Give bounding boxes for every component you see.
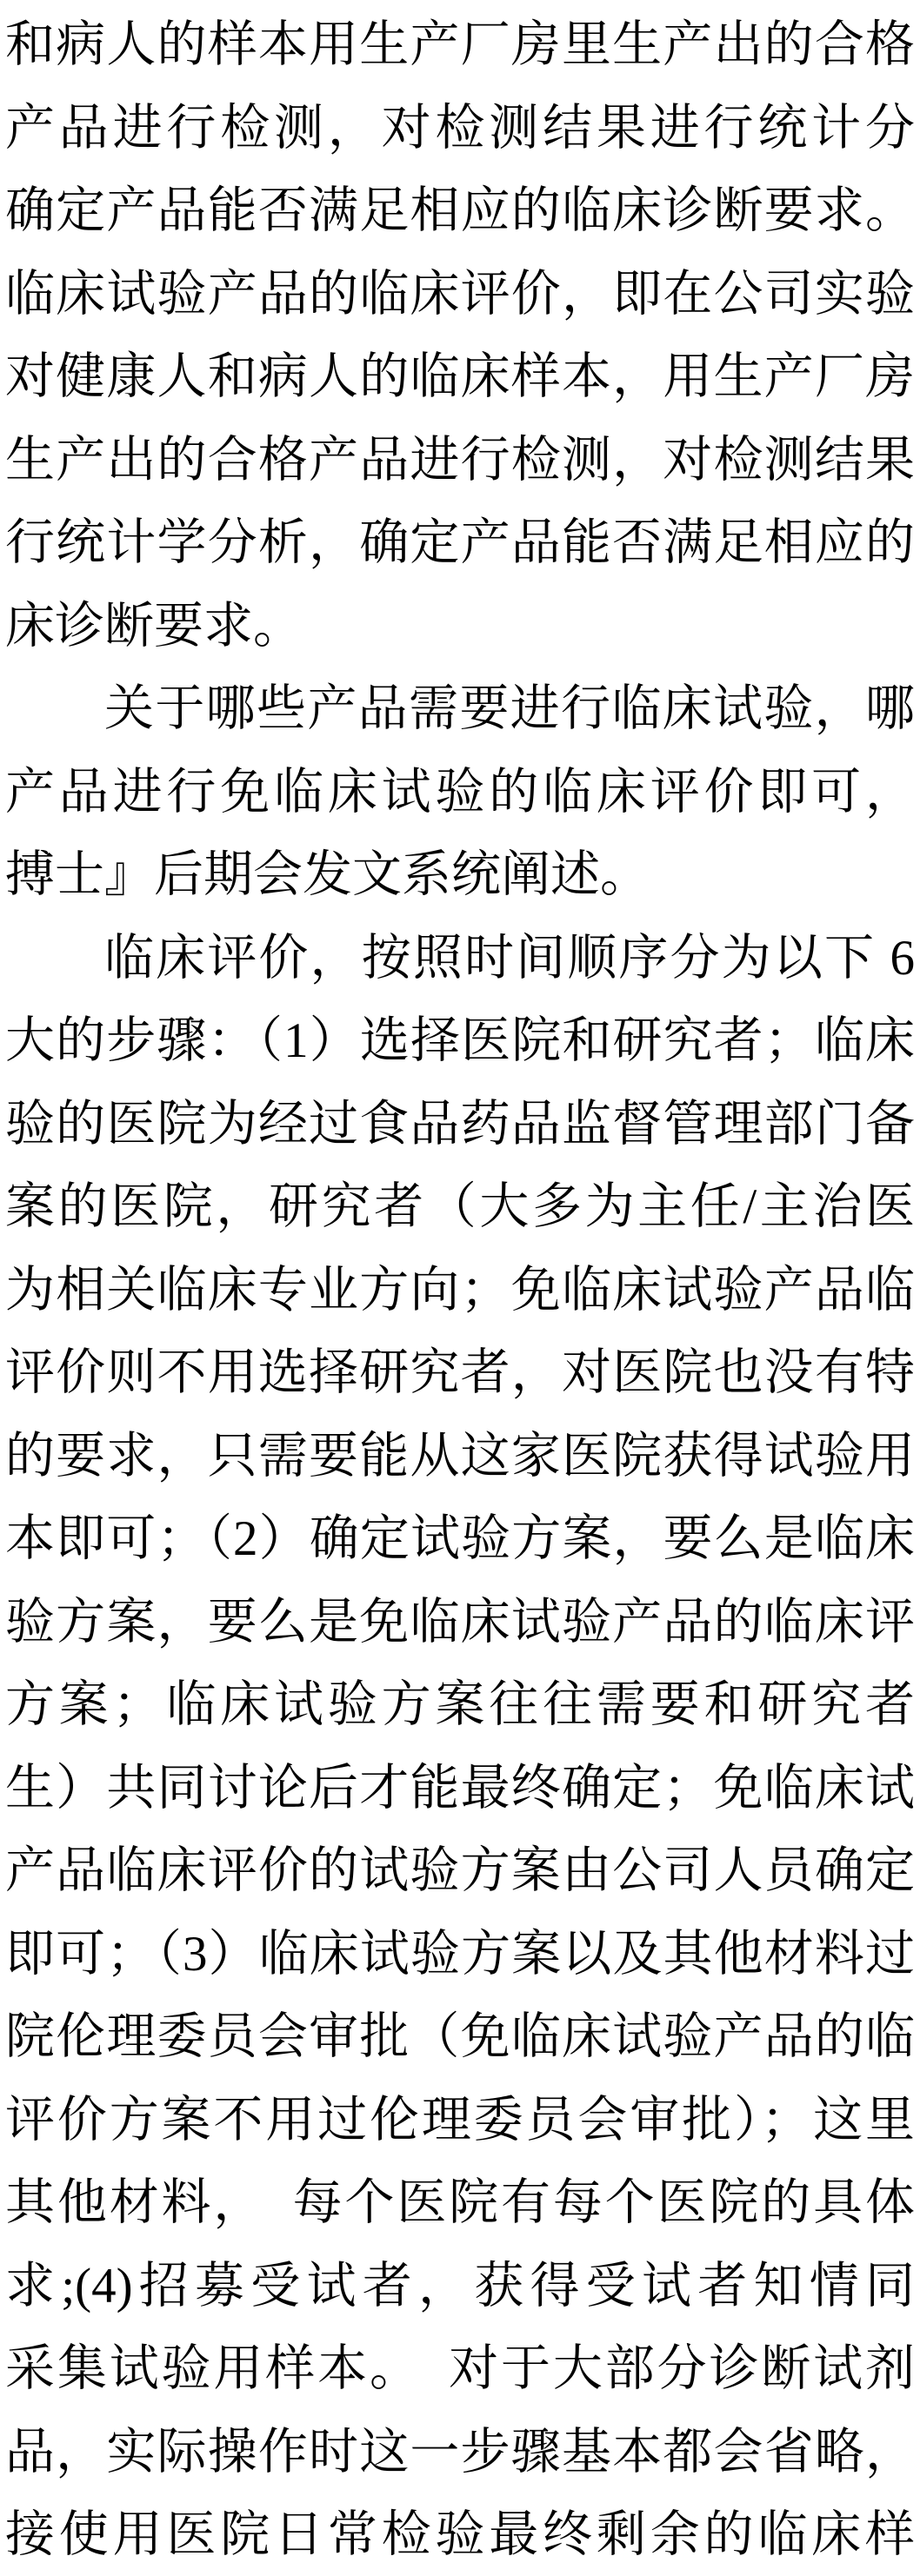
text-line: 行统计学分析，确定产品能否满足相应的临 bbox=[5, 501, 915, 585]
text-line: 评价则不用选择研究者，对医院也没有特别 bbox=[5, 1331, 915, 1415]
text-line: 方案；临床试验方案往往需要和研究者（医 bbox=[5, 1663, 915, 1747]
text-line: 本即可；（2）确定试验方案，要么是临床试 bbox=[5, 1497, 915, 1581]
text-line: 临床试验产品的临床评价，即在公司实验室 bbox=[5, 253, 915, 336]
document-page: 和病人的样本用生产厂房里生产出的合格 产品进行检测，对检测结果进行统计分析， 确… bbox=[0, 0, 920, 2576]
text-line: 生）共同讨论后才能最终确定；免临床试验 bbox=[5, 1747, 915, 1830]
text-line: 案的医院，研究者（大多为主任/主治医生） bbox=[5, 1165, 915, 1249]
text-line: 为相关临床专业方向；免临床试验产品临床 bbox=[5, 1249, 915, 1332]
text-line: 产品临床评价的试验方案由公司人员确定 bbox=[5, 1829, 915, 1913]
text-line: 临床评价，按照时间顺序分为以下 6 个 bbox=[5, 917, 915, 1000]
text-line: 确定产品能否满足相应的临床诊断要求。免 bbox=[5, 169, 915, 253]
text-line: 验方案，要么是免临床试验产品的临床评价 bbox=[5, 1581, 915, 1664]
text-line: 产品进行检测，对检测结果进行统计分析， bbox=[5, 87, 915, 170]
text-line: 其他材料， 每个医院有每个医院的具体要 bbox=[5, 2161, 915, 2245]
text-line: 采集试验用样本。 对于大部分诊断试剂产 bbox=[5, 2327, 915, 2411]
text-line: 验的医院为经过食品药品监督管理部门备 bbox=[5, 1083, 915, 1166]
text-line: 品，实际操作时这一步骤基本都会省略，直 bbox=[5, 2411, 915, 2494]
text-line: 对健康人和病人的临床样本，用生产厂房里 bbox=[5, 335, 915, 419]
text-line: 产品进行免临床试验的临床评价即可，『顾 bbox=[5, 751, 915, 834]
text-line: 大的步骤：（1）选择医院和研究者；临床试 bbox=[5, 999, 915, 1083]
text-line: 接使用医院日常检验最终剩余的临床样本， bbox=[5, 2493, 915, 2576]
text-line: 生产出的合格产品进行检测，对检测结果进 bbox=[5, 419, 915, 502]
text-line: 院伦理委员会审批（免临床试验产品的临床 bbox=[5, 1995, 915, 2079]
text-line: 求;(4)招募受试者，获得受试者知情同意、 bbox=[5, 2245, 915, 2328]
text-line: 床诊断要求。 bbox=[5, 585, 915, 668]
text-line: 评价方案不用过伦理委员会审批）；这里的 bbox=[5, 2079, 915, 2162]
text-line: 和病人的样本用生产厂房里生产出的合格 bbox=[5, 3, 915, 87]
text-line: 的要求，只需要能从这家医院获得试验用样 bbox=[5, 1415, 915, 1498]
text-line: 搏士』后期会发文系统阐述。 bbox=[5, 833, 915, 917]
text-line: 即可；（3）临床试验方案以及其他材料过医 bbox=[5, 1913, 915, 1996]
text-line: 关于哪些产品需要进行临床试验，哪些 bbox=[5, 667, 915, 751]
